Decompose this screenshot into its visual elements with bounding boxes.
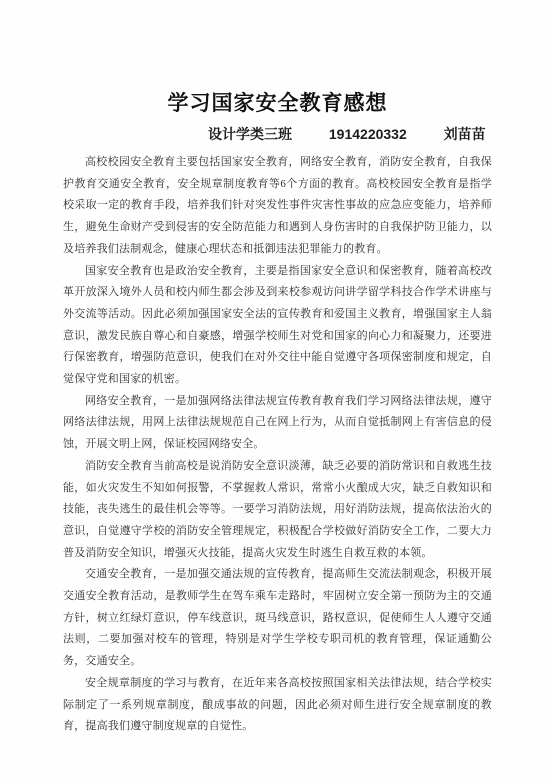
byline: 设计学类三班 1914220332 刘苗苗 bbox=[63, 125, 492, 144]
paragraph: 高校校园安全教育主要包括国家安全教育，网络安全教育，消防安全教育，自我保护教育交… bbox=[63, 152, 492, 261]
paragraph: 国家安全教育也是政治安全教育，主要是指国家安全意识和保密教育，随着高校改革开放深… bbox=[63, 261, 492, 391]
document-body: 高校校园安全教育主要包括国家安全教育，网络安全教育，消防安全教育，自我保护教育交… bbox=[63, 152, 492, 738]
paragraph: 交通安全教育，一是加强交通法规的宣传教育，提高师生交流法制观念，积极开展交通安全… bbox=[63, 564, 492, 673]
paragraph: 消防安全教育当前高校是说消防安全意识淡薄，缺乏必要的消防常识和自救逃生技能，如火… bbox=[63, 456, 492, 565]
document-page: 学习国家安全教育感想 设计学类三班 1914220332 刘苗苗 高校校园安全教… bbox=[0, 0, 554, 783]
byline-class-name: 设计学类三班 bbox=[208, 125, 292, 144]
paragraph: 网络安全教育，一是加强网络法律法规宣传教育教育我们学习网络法律法规，遵守网络法律… bbox=[63, 391, 492, 456]
byline-author-name: 刘苗苗 bbox=[444, 125, 486, 144]
paragraph: 安全规章制度的学习与教育，在近年来各高校按照国家相关法律法规，结合学校实际制定了… bbox=[63, 673, 492, 738]
document-title: 学习国家安全教育感想 bbox=[63, 92, 492, 116]
byline-student-id: 1914220332 bbox=[329, 125, 407, 144]
